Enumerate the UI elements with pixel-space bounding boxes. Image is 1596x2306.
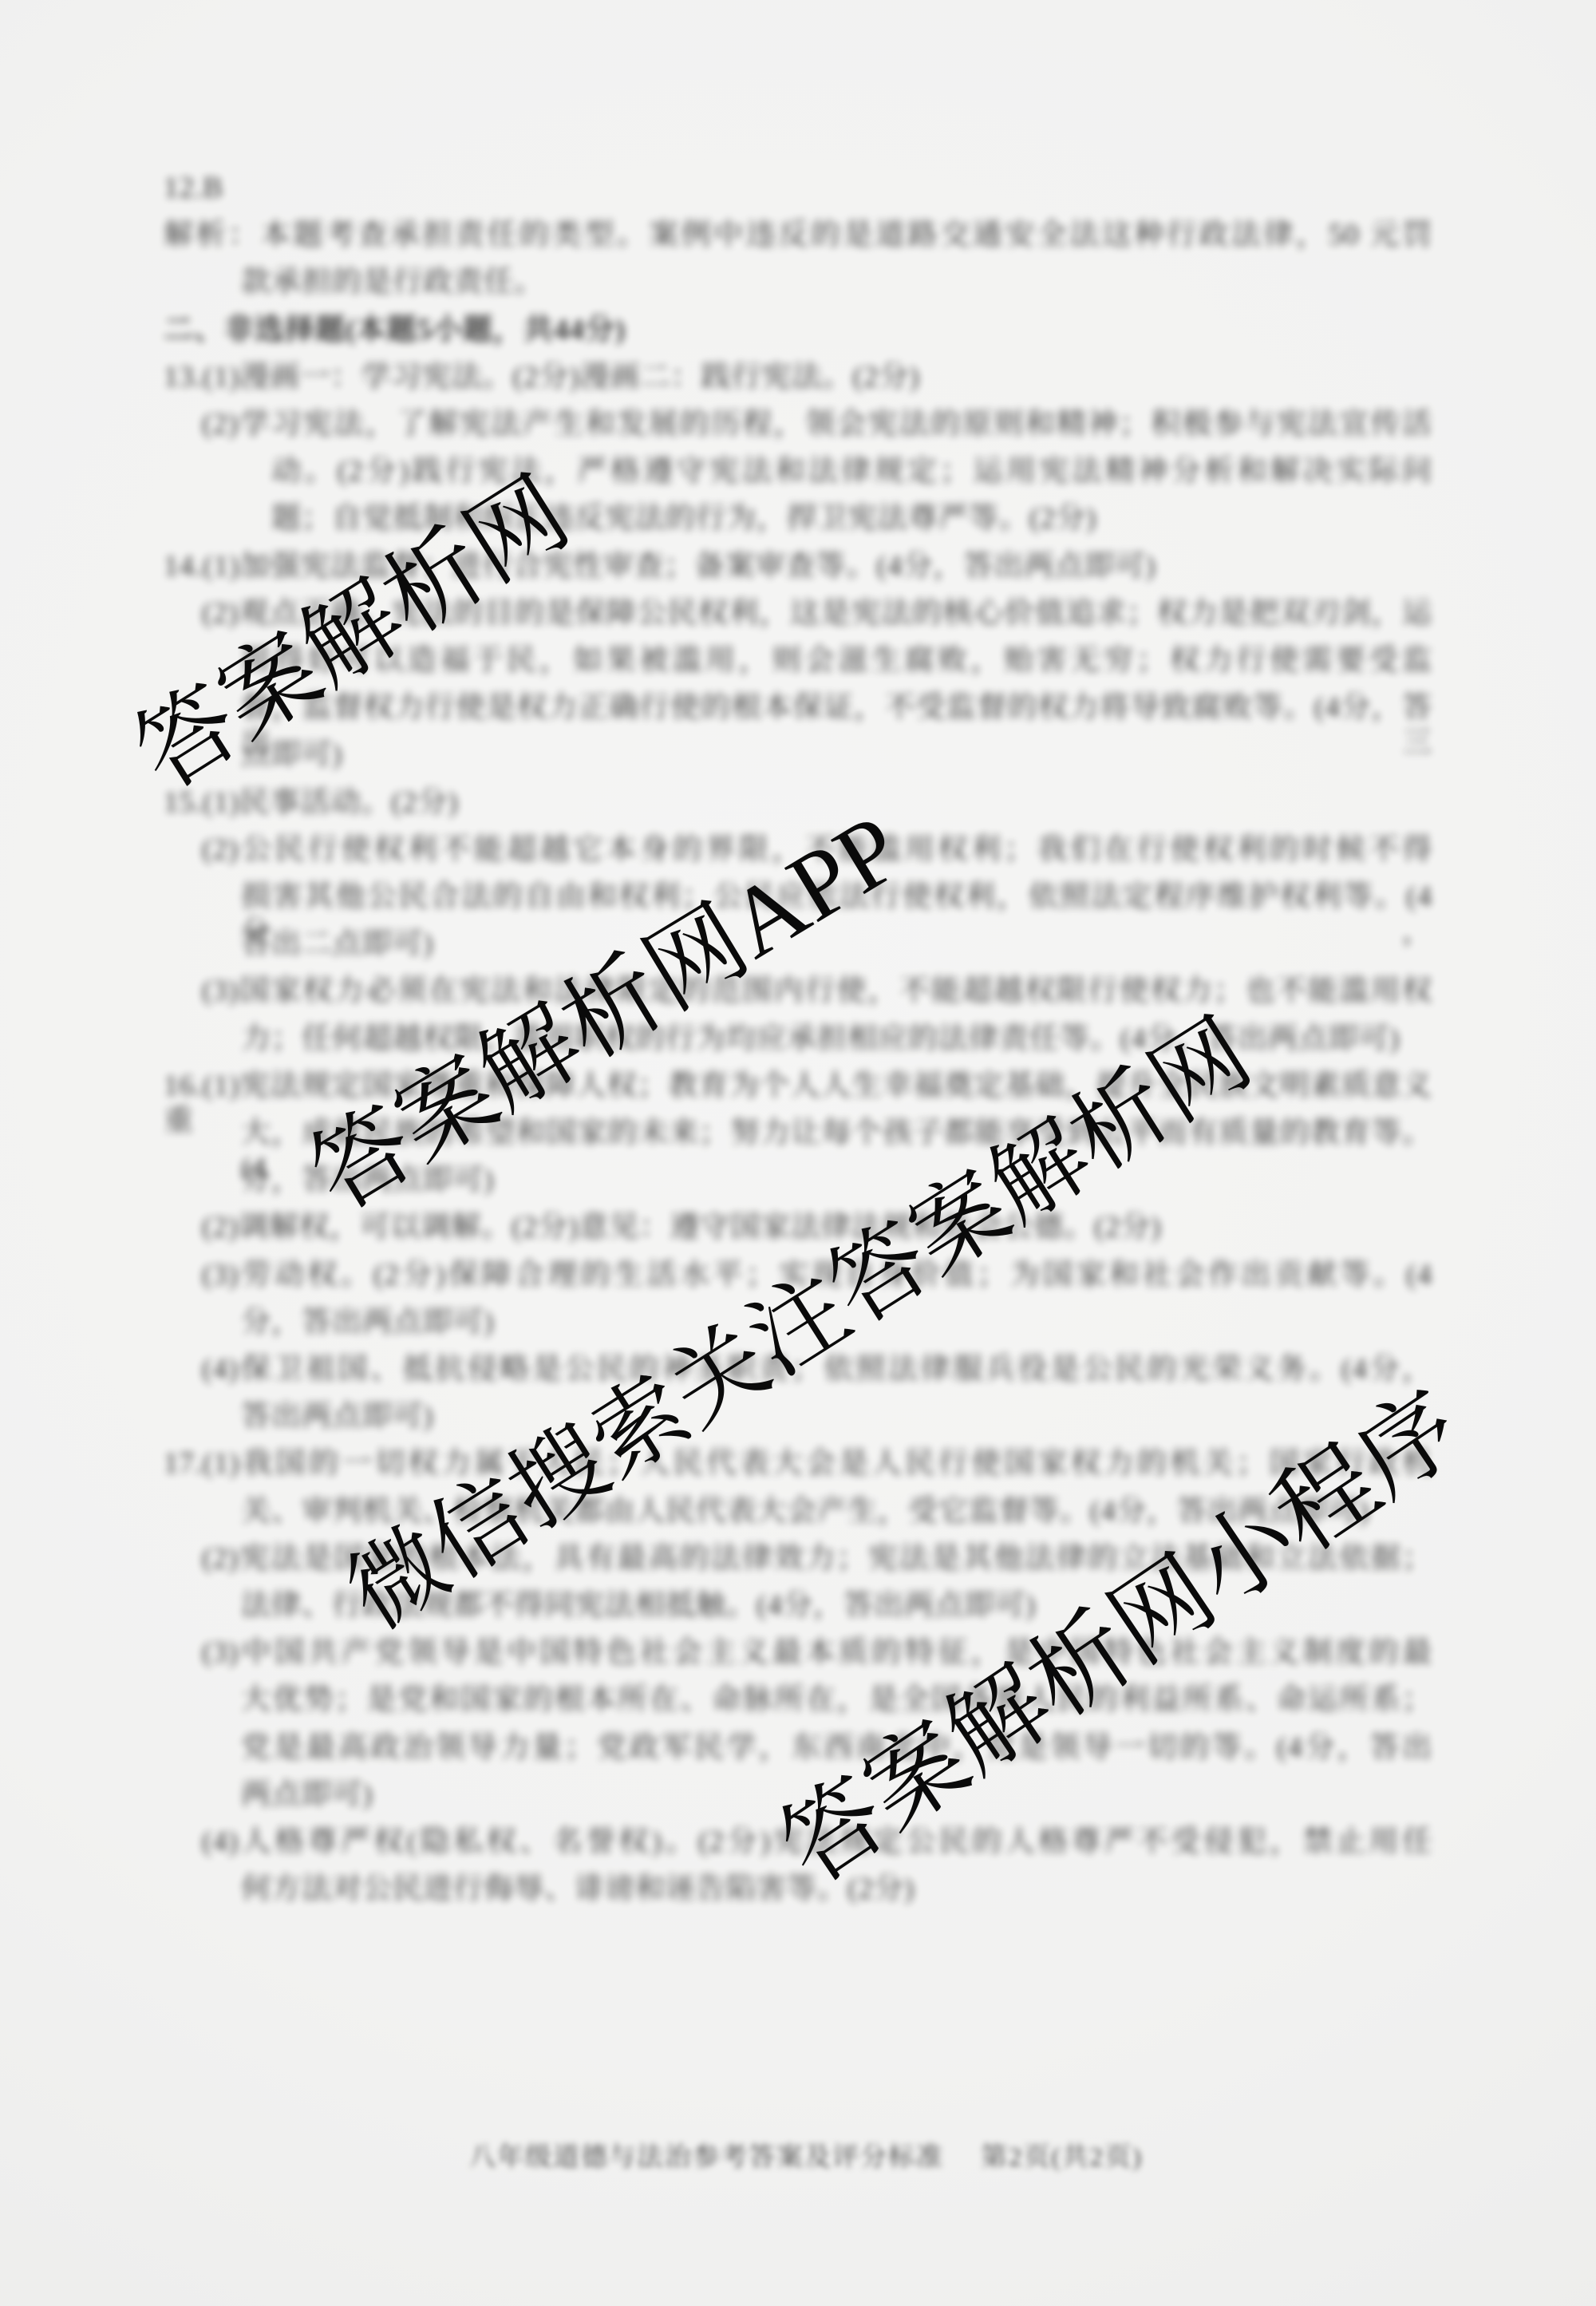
- answer-line-4: 二、非选择题(本题5小题，共44分): [164, 313, 626, 348]
- answer-line-6: (2)学习宪法，了解宪法产生和发展的历程，领会宪法的原则和精神；积极参与宪法宣传…: [202, 407, 1432, 442]
- answer-line-1: 12.B: [164, 171, 223, 206]
- answer-line-3: 款承担的是行政责任。: [241, 265, 544, 300]
- answer-line-27: 答出两点即可): [241, 1399, 433, 1434]
- answer-line-2: 解析：本题考查承担责任的类型。案例中违反的是道路交通安全法这种行政法律，50 元…: [164, 218, 1432, 253]
- answer-line-7: 动。(2分)践行宪法，严格遵守宪法和法律规定；运用宪法精神分析和解决实际问: [271, 454, 1432, 489]
- answer-line-12: 督，监督权力行使是权力正确行使的根本保证，不受监督的权力将导致腐败等。(4分，答…: [241, 690, 1432, 726]
- answer-line-25: 分，答出两点即可): [241, 1305, 494, 1340]
- answer-line-14: 15.(1)民事活动。(2分): [164, 785, 459, 821]
- answer-line-35: 两点即可): [241, 1778, 373, 1813]
- answer-line-28: 17.(1)我国的一切权力属于人民；人民代表大会是人民行使国家权力的机关；国家行…: [164, 1446, 1432, 1481]
- footer-page-number: 第2页(共2页): [981, 2143, 1143, 2172]
- answer-line-17: 答出二点即可): [241, 927, 433, 962]
- answer-line-34: 党是最高政治领导力量；党政军民学，东西南北中，党是领导一切的等。(4分，答出: [241, 1730, 1432, 1766]
- answer-line-18: (3)国家权力必须在宪法和法律限定的范围内行使，不能超越权限行使权力；也不能滥用…: [202, 974, 1432, 1009]
- answer-line-8: 题；自觉抵制和纠正违反宪法的行为，捍卫宪法尊严等。(2分): [271, 501, 1096, 536]
- answer-text-block: 12.B解析：本题考查承担责任的类型。案例中违反的是道路交通安全法这种行政法律，…: [0, 0, 1596, 2306]
- footer-document-title: 八年级道德与法治参考答案及评分标准: [469, 2143, 944, 2172]
- scanned-answer-key-page: { "colors": { "page_bg": "#f2f2f1", "bod…: [0, 0, 1596, 2306]
- answer-line-5: 13.(1)漫画一：学习宪法。(2分)漫画二：践行宪法。(2分): [164, 360, 920, 395]
- answer-line-33: 大优势；是党和国家的根本所在、命脉所在，是全国各族人民的利益所系、命运所系；: [241, 1683, 1432, 1718]
- answer-line-9: 14.(1)加强宪法监督；进行合宪性审查；备案审查等。(4分，答出两点即可): [164, 549, 1156, 584]
- page-footer: 八年级道德与法治参考答案及评分标准第2页(共2页): [469, 2136, 1143, 2173]
